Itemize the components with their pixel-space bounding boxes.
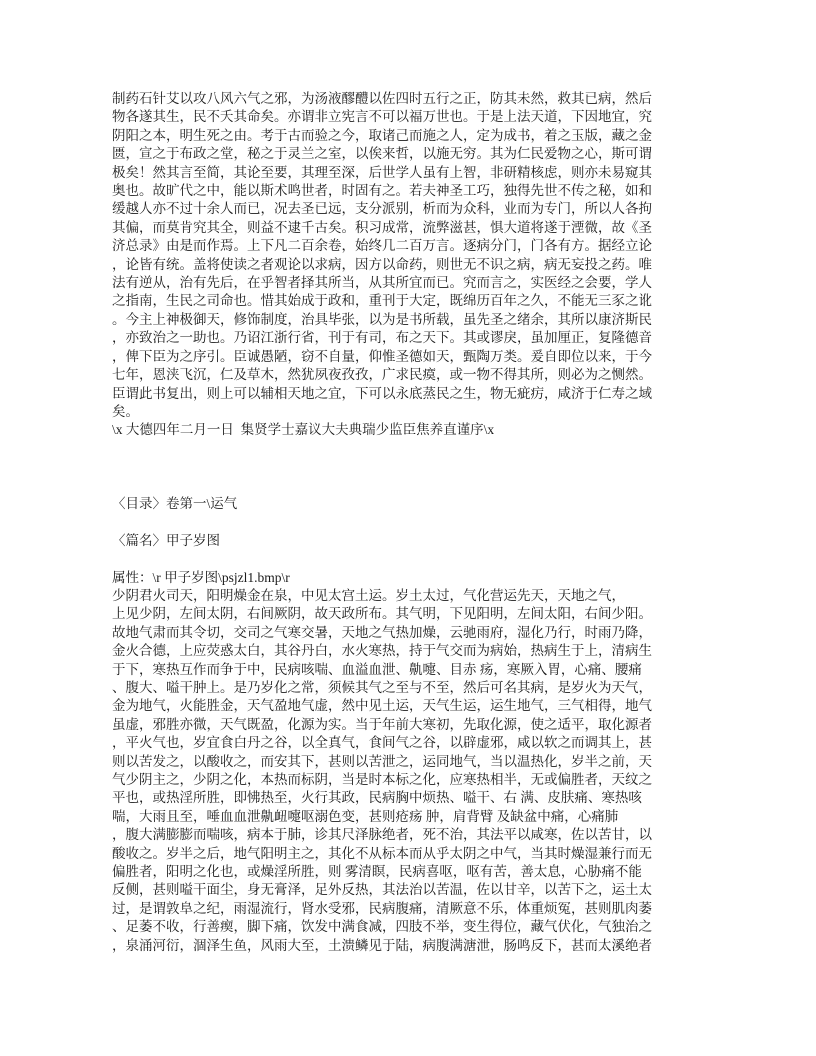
attribute-line: 属性：\r 甲子岁图\psjzl1.bmp\r (112, 569, 716, 587)
chapter-title-line: 〈篇名〉甲子岁图 (112, 532, 716, 550)
body-paragraph: 少阴君火司天，阳明燥金在泉，中见太宫土运。岁土太过，气化营运先天，天地之气， 上… (112, 587, 716, 955)
preface-paragraph: 制药石针艾以攻八风六气之邪，为汤液醪醴以佐四时五行之正，防其未然，救其已病，然后… (112, 90, 716, 440)
document-page: 制药石针艾以攻八风六气之邪，为汤液醪醴以佐四时五行之正，防其未然，救其已病，然后… (0, 0, 816, 1056)
toc-line: 〈目录〉卷第一\运气 (112, 495, 716, 513)
